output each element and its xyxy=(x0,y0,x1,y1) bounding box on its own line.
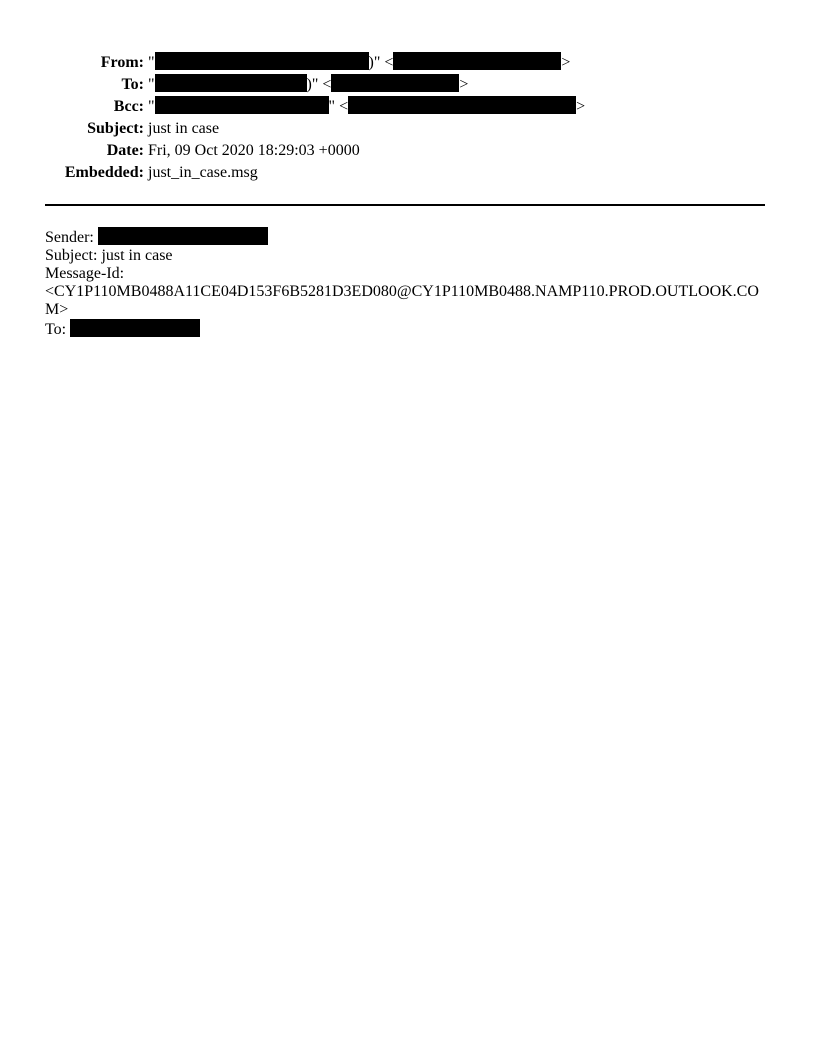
sender-line: Sender: xyxy=(45,227,775,247)
from-value: ")" <> xyxy=(148,52,570,74)
to-email-redaction xyxy=(331,74,459,92)
embedded-attachment[interactable]: just_in_case.msg xyxy=(148,162,258,184)
bcc-name-redaction xyxy=(155,96,329,114)
from-label: From: xyxy=(101,52,144,74)
to-name-redaction xyxy=(155,74,307,92)
bcc-email-redaction xyxy=(348,96,576,114)
message-id-label: Message-Id: xyxy=(45,265,775,283)
message-id-value: <CY1P110MB0488A11CE04D153F6B5281D3ED080@… xyxy=(45,283,763,319)
from-row: From: ")" <> xyxy=(0,52,816,74)
bcc-label: Bcc: xyxy=(114,96,144,118)
header-divider xyxy=(45,204,765,206)
embedded-row: Embedded: just_in_case.msg xyxy=(0,162,816,184)
subject-value: just in case xyxy=(148,118,219,140)
to-label: To: xyxy=(45,321,66,338)
separator: )" < xyxy=(369,54,394,71)
to-row: To: ")" <> xyxy=(0,74,816,96)
separator: " < xyxy=(329,98,349,115)
subject-label: Subject: xyxy=(45,247,97,264)
embedded-label: Embedded: xyxy=(65,162,144,184)
date-row: Date: Fri, 09 Oct 2020 18:29:03 +0000 xyxy=(0,140,816,162)
email-header-block: From: ")" <> To: ")" <> Bcc: "" <> Subje… xyxy=(0,52,816,184)
to-label: To: xyxy=(121,74,144,96)
date-value: Fri, 09 Oct 2020 18:29:03 +0000 xyxy=(148,140,360,162)
angle-close: > xyxy=(576,98,585,115)
subject-label: Subject: xyxy=(87,118,144,140)
to-redaction xyxy=(70,319,200,337)
subject-line: Subject: just in case xyxy=(45,247,775,265)
embedded-message-body: Sender: Subject: just in case Message-Id… xyxy=(45,227,775,339)
from-name-redaction xyxy=(155,52,369,70)
bcc-row: Bcc: "" <> xyxy=(0,96,816,118)
subject-value: just in case xyxy=(101,247,172,264)
angle-close: > xyxy=(459,76,468,93)
date-label: Date: xyxy=(107,140,144,162)
separator: )" < xyxy=(307,76,332,93)
subject-row: Subject: just in case xyxy=(0,118,816,140)
bcc-value: "" <> xyxy=(148,96,585,118)
sender-redaction xyxy=(98,227,268,245)
angle-close: > xyxy=(561,54,570,71)
sender-label: Sender: xyxy=(45,229,94,246)
to-value: ")" <> xyxy=(148,74,468,96)
from-email-redaction xyxy=(393,52,561,70)
to-line: To: xyxy=(45,319,775,339)
